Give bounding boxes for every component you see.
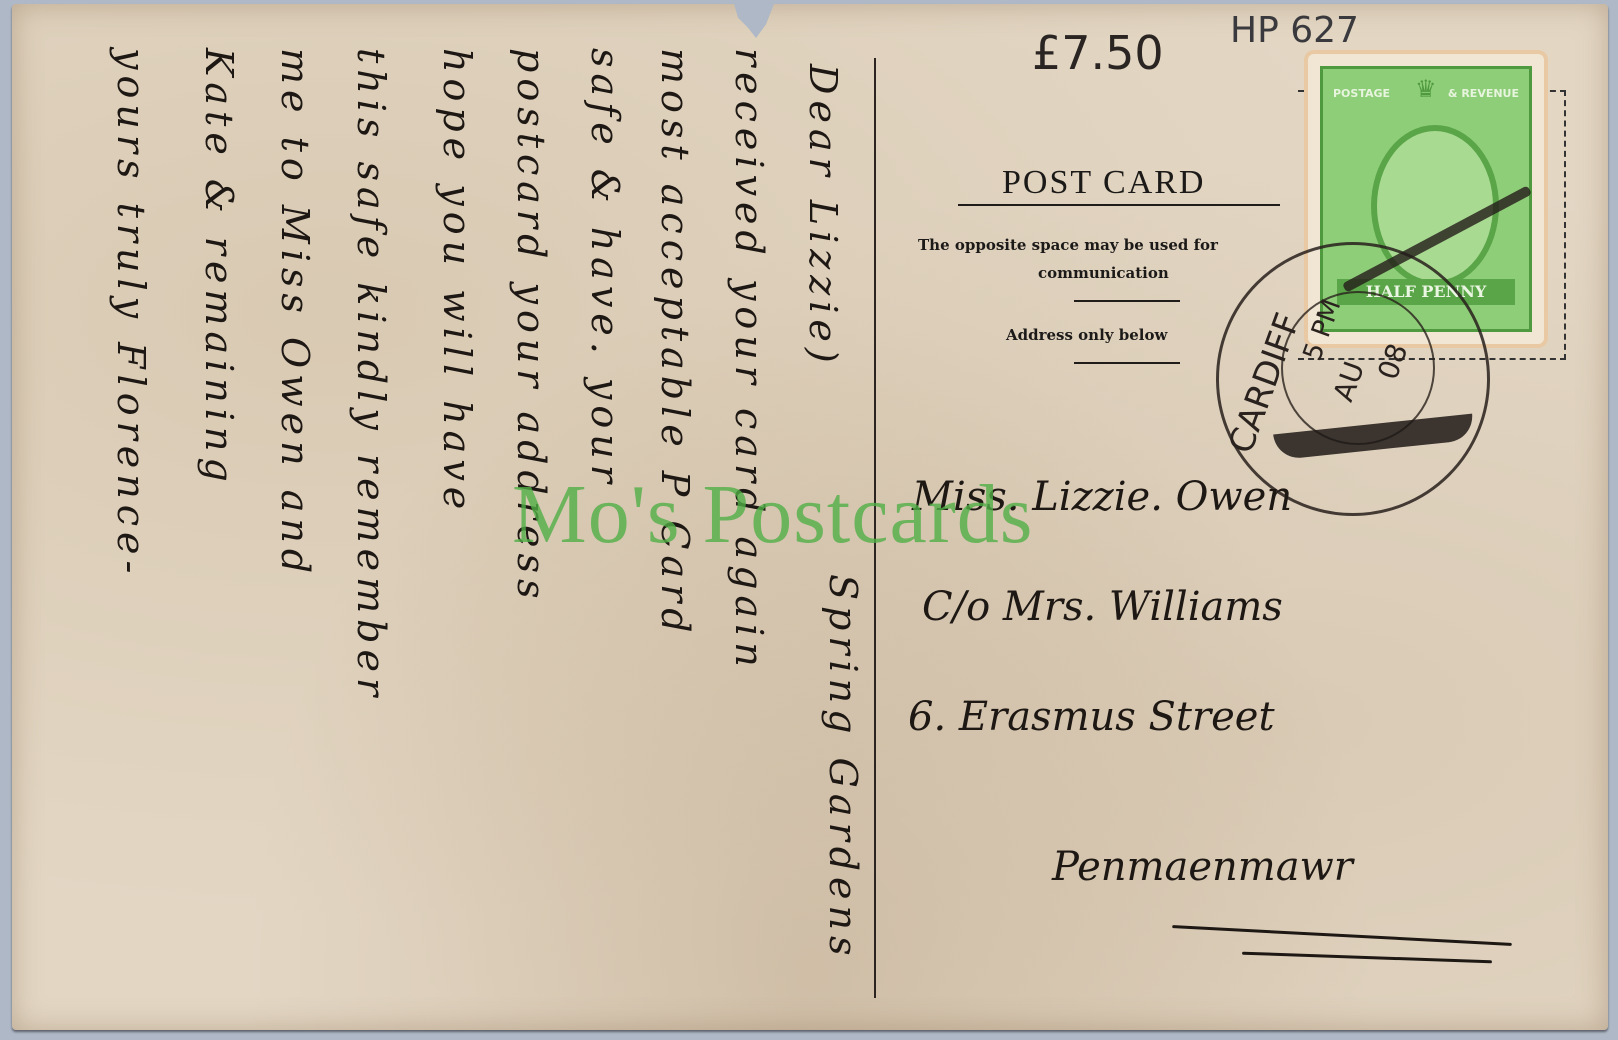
instruction-line: Address only below xyxy=(1006,326,1167,344)
message-column: me to Miss Owen and xyxy=(276,48,314,579)
instruction-line: The opposite space may be used for xyxy=(918,236,1218,254)
watermark: Mo's Postcards xyxy=(512,466,1034,563)
heading-rule xyxy=(958,204,1280,206)
torn-notch xyxy=(734,4,774,38)
short-rule xyxy=(1074,362,1180,364)
crown-icon: ♛ xyxy=(1415,75,1437,104)
message-column: yours truly Florence- xyxy=(112,48,150,579)
side-column: Spring Gardens xyxy=(824,574,862,962)
address-line: 6. Erasmus Street xyxy=(908,694,1275,740)
address-line: Penmaenmawr xyxy=(1052,844,1353,890)
instruction-line: communication xyxy=(1038,264,1169,282)
postcard: Dear Lizzie) received your card again mo… xyxy=(12,4,1608,1030)
address-underline xyxy=(1172,925,1512,946)
address-line: C/o Mrs. Williams xyxy=(922,584,1283,630)
stamp-postage-label: POSTAGE xyxy=(1333,87,1390,100)
reference-note: HP 627 xyxy=(1230,10,1359,51)
message-column: received your card again xyxy=(730,48,768,673)
post-card-heading: POST CARD xyxy=(1002,164,1206,202)
message-column: Dear Lizzie) xyxy=(804,64,842,369)
stamp-revenue-label: & REVENUE xyxy=(1448,87,1519,100)
message-column: hope you will have xyxy=(438,48,476,515)
message-column: safe & have. your xyxy=(586,48,624,489)
price-note: £7.50 xyxy=(1032,26,1164,80)
message-column: Kate & remaining xyxy=(200,48,238,488)
message-column: this safe kindly remember xyxy=(352,48,390,702)
address-underline xyxy=(1242,952,1492,964)
short-rule xyxy=(1074,300,1180,302)
